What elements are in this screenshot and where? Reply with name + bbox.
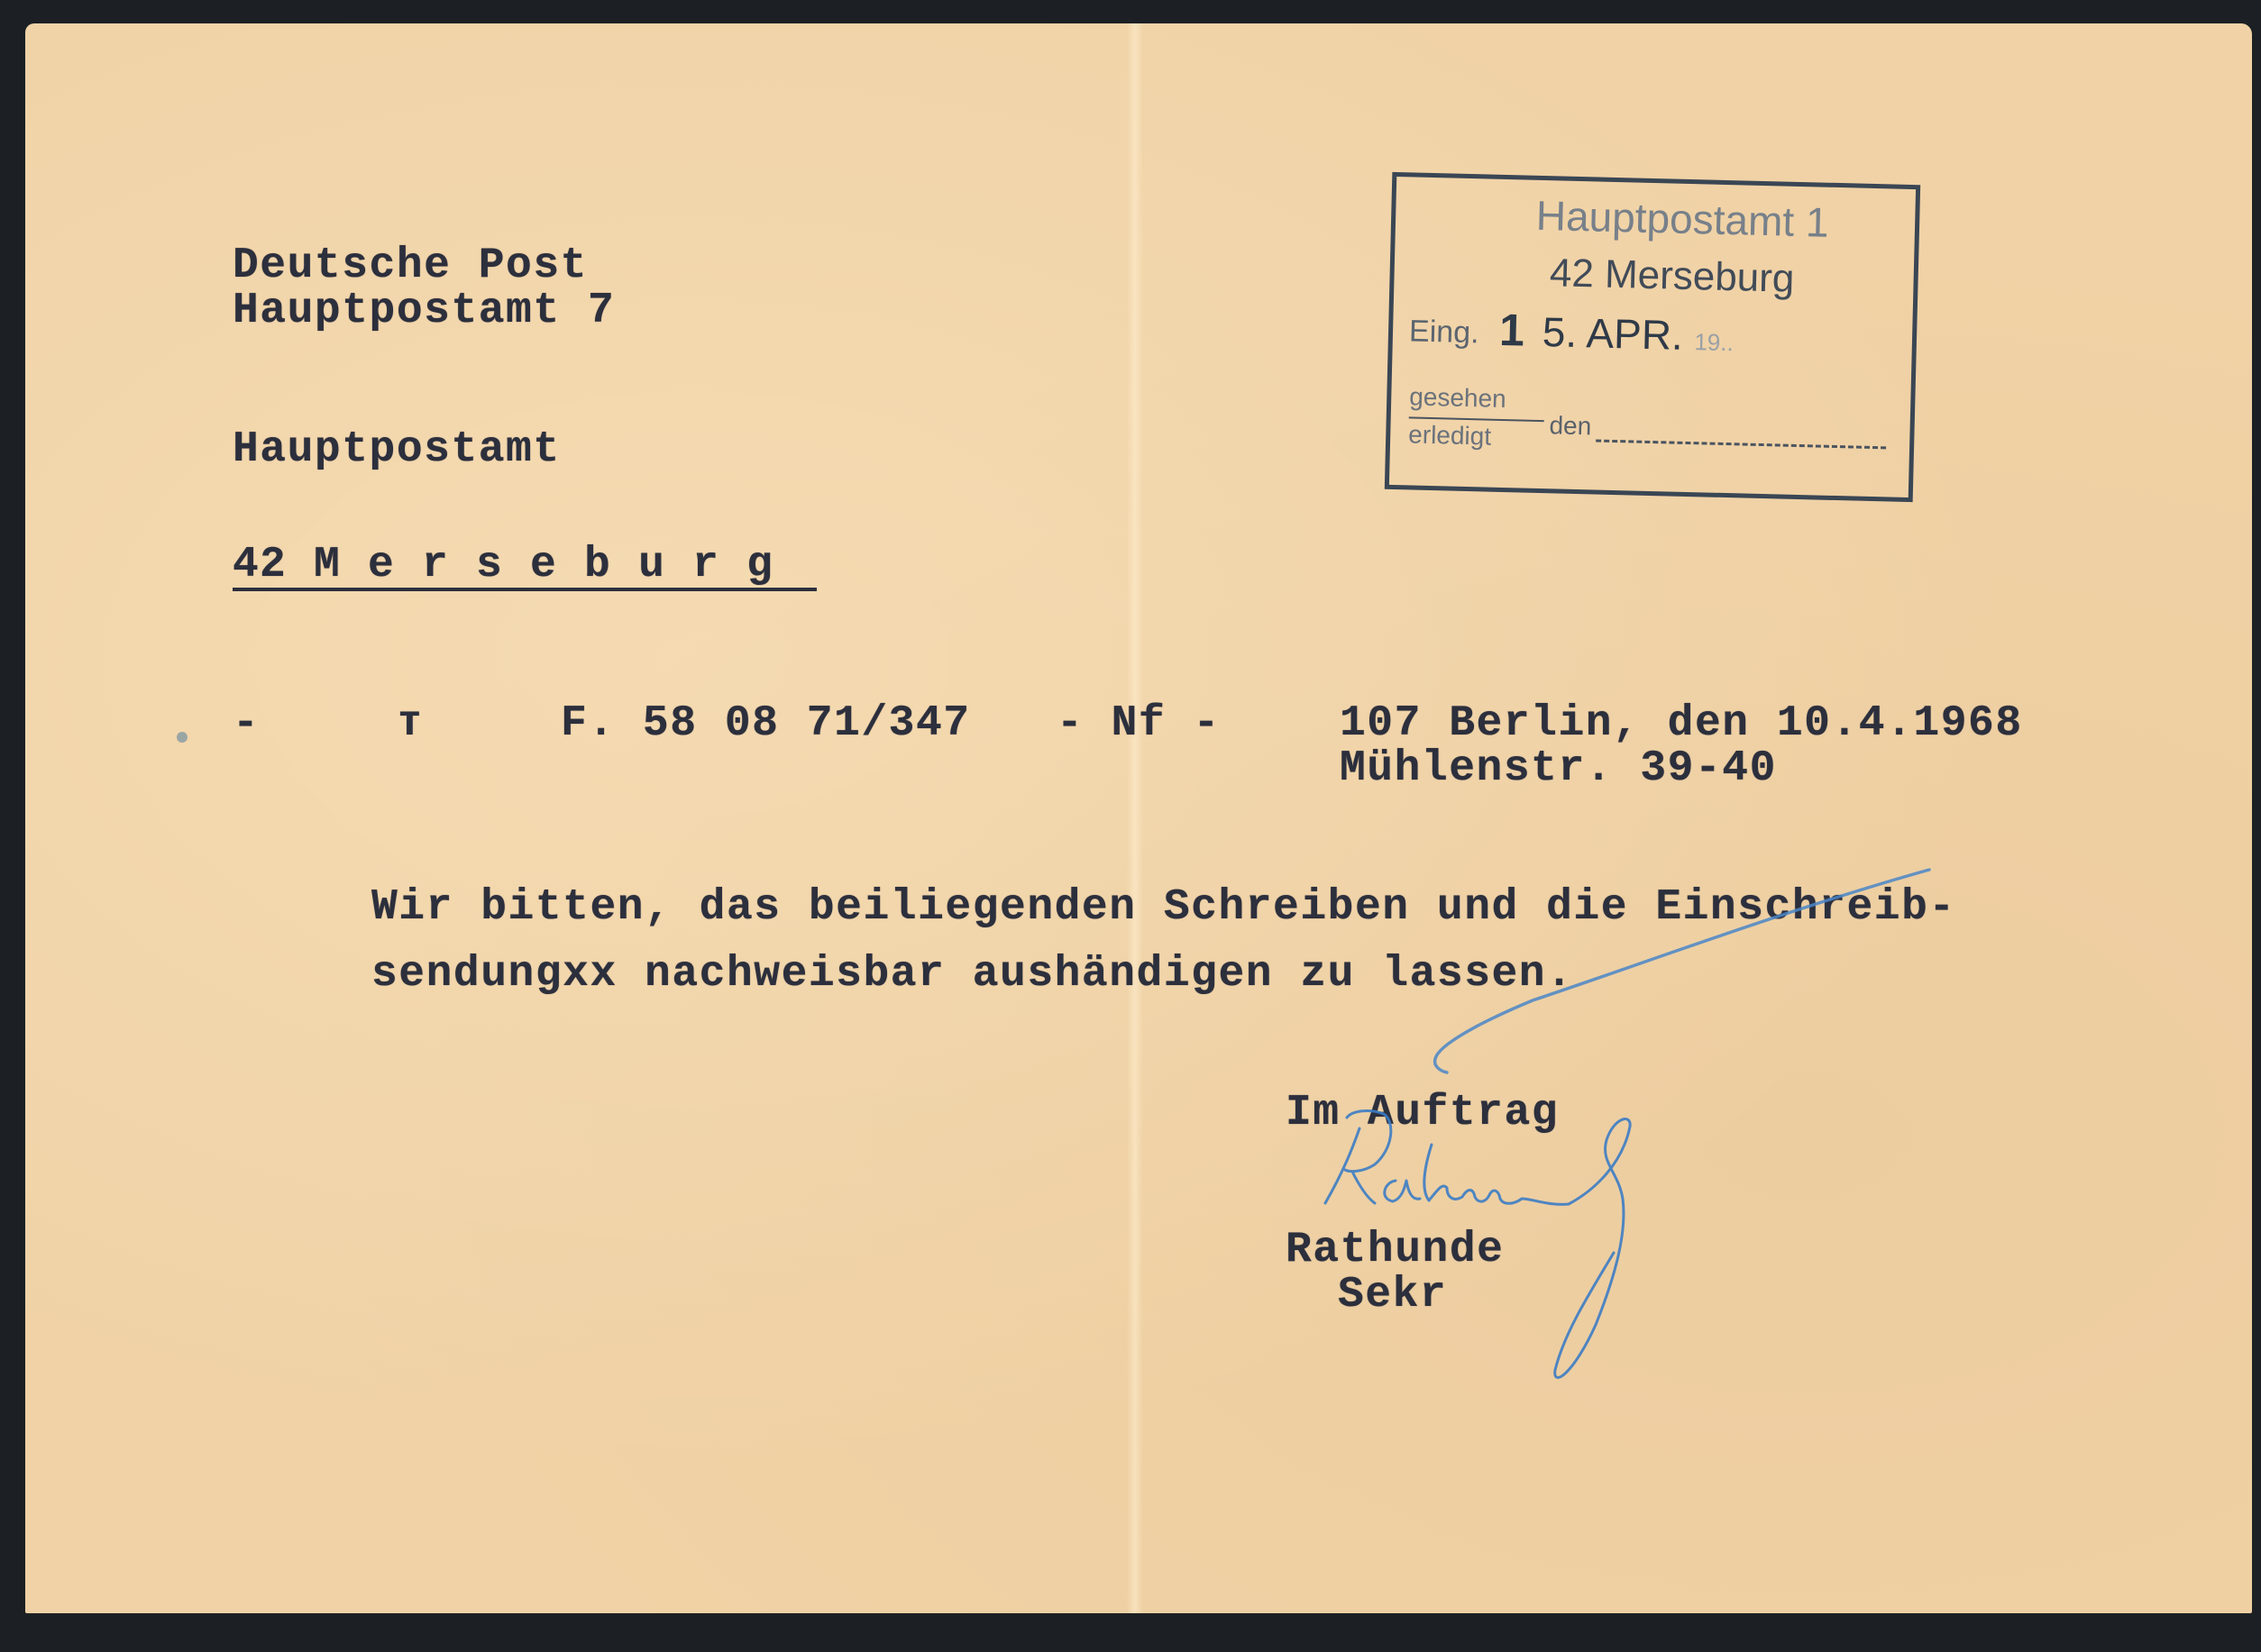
ink-dot-mark bbox=[177, 732, 188, 743]
paper-fold-crease bbox=[1127, 23, 1143, 1613]
body-line-1: Wir bitten, das beiliegenden Schreiben u… bbox=[371, 885, 1956, 930]
stamp-office: Hauptpostamt 1 bbox=[1396, 187, 1916, 249]
stamp-date-day-digit: 1 bbox=[1498, 305, 1524, 356]
sender-office: Hauptpostamt 7 bbox=[233, 288, 615, 333]
stamp-date-rest: 5. APR. bbox=[1542, 308, 1683, 359]
recipient-office: Hauptpostamt bbox=[233, 427, 561, 472]
stamp-date-blank-line bbox=[1596, 439, 1886, 449]
receipt-stamp: Hauptpostamt 1 42 Merseburg Eing. 15. AP… bbox=[1385, 172, 1920, 502]
reference-mark: ᴛ bbox=[397, 701, 424, 746]
recipient-city: 42 M e r s e b u r g bbox=[233, 543, 773, 588]
reference-dash: - bbox=[233, 701, 260, 746]
stamp-date-label: den bbox=[1549, 411, 1591, 441]
stamp-date-year: 19.. bbox=[1694, 328, 1734, 356]
recipient-city-underline bbox=[233, 588, 817, 591]
street-address: Mühlenstr. 39-40 bbox=[1340, 746, 1777, 791]
stamp-city: 42 Merseburg bbox=[1394, 247, 1914, 305]
signatory-name: Rathunde bbox=[1286, 1228, 1504, 1273]
place-date: 107 Berlin, den 10.4.1968 bbox=[1340, 701, 2023, 746]
stamp-seen-label: gesehen bbox=[1409, 382, 1506, 414]
sender-name: Deutsche Post bbox=[233, 243, 588, 288]
body-line-2: sendungxx nachweisbar aushändigen zu las… bbox=[371, 952, 1573, 997]
department-code: - Nf - bbox=[1057, 701, 1221, 746]
stamp-date: 15. APR. 19.. bbox=[1498, 304, 1734, 361]
file-number: F. 58 08 71/347 bbox=[561, 701, 971, 746]
closing-phrase: Im Auftrag bbox=[1286, 1091, 1559, 1136]
stamp-done-label: erledigt bbox=[1408, 420, 1492, 451]
stamp-received-label: Eing. bbox=[1409, 314, 1479, 351]
signatory-title: Sekr bbox=[1338, 1273, 1447, 1318]
